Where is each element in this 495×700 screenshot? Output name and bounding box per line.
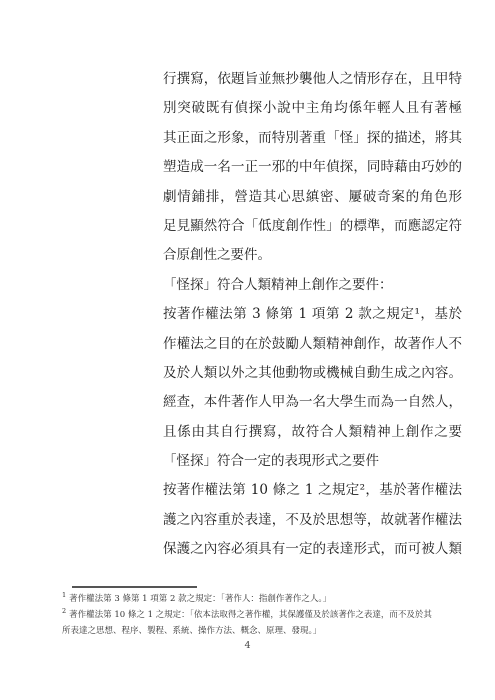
body-line: 且係由其自行撰寫，故符合人類精神上創作之要件。 <box>163 418 462 447</box>
footnote-2-text: 著作權法第 10 條之 1 之規定：「依本法取得之著作權，其保護僅及於該著作之表… <box>62 610 432 636</box>
footnote-1-marker: 1 <box>62 591 66 599</box>
body-line: 按著作權法第 3 條第 1 項第 2 款之規定¹，基於著 <box>163 300 462 329</box>
body-line: 保護之內容必須具有一定的表達形式，而可被人類 <box>163 535 462 564</box>
page-number: 4 <box>0 640 495 651</box>
body-line: 其正面之形象，而特別著重「怪」探的描述，將其 <box>163 124 462 153</box>
body-line: 按著作權法第 10 條之 1 之規定²，基於著作權法保 <box>163 476 462 505</box>
list-item-2-heading: (2) 「怪探」符合人類精神上創作之要件： <box>163 271 462 300</box>
body-line: 經查，本件著作人甲為一名大學生而為一自然人， <box>163 388 462 417</box>
body-line: 作權法之目的在於鼓勵人類精神創作，故著作人不 <box>163 330 462 359</box>
body-line: 護之內容重於表達，不及於思想等，故就著作權法 <box>163 506 462 535</box>
body-line: 合原創性之要件。 <box>163 241 462 270</box>
body-line: 劇情鋪排，營造其心思縝密、屢破奇案的角色形象， <box>163 183 462 212</box>
footnotes-section: 1著作權法第 3 條第 1 項第 2 款之規定：「著作人：指創作著作之人。」 2… <box>62 592 440 639</box>
list-item-2-title: 「怪探」符合人類精神上創作之要件： <box>163 277 393 293</box>
body-line: 行撰寫，依題旨並無抄襲他人之情形存在，且甲特 <box>163 65 462 94</box>
footnote-2: 2著作權法第 10 條之 1 之規定：「依本法取得之著作權，其保護僅及於該著作之… <box>62 608 440 640</box>
list-item-3-title: 「怪探」符合一定的表現形式之要件 <box>163 453 379 469</box>
body-text: 行撰寫，依題旨並無抄襲他人之情形存在，且甲特 別突破既有偵探小說中主角均係年輕人… <box>163 65 462 565</box>
footnote-1-text: 著作權法第 3 條第 1 項第 2 款之規定：「著作人：指創作著作之人。」 <box>69 594 331 604</box>
body-line: 及於人類以外之其他動物或機械自動生成之內容。 <box>163 359 462 388</box>
body-line: 塑造成一名一正一邪的中年偵探，同時藉由巧妙的 <box>163 153 462 182</box>
document-page: 行撰寫，依題旨並無抄襲他人之情形存在，且甲特 別突破既有偵探小說中主角均係年輕人… <box>0 0 495 700</box>
body-line: 足見顯然符合「低度創作性」的標準，而應認定符 <box>163 212 462 241</box>
footnote-2-marker: 2 <box>62 607 66 615</box>
footnote-separator <box>72 586 197 588</box>
body-line: 別突破既有偵探小說中主角均係年輕人且有著極 <box>163 94 462 123</box>
list-item-3-heading: (3) 「怪探」符合一定的表現形式之要件 <box>163 447 462 476</box>
footnote-1: 1著作權法第 3 條第 1 項第 2 款之規定：「著作人：指創作著作之人。」 <box>62 592 440 608</box>
